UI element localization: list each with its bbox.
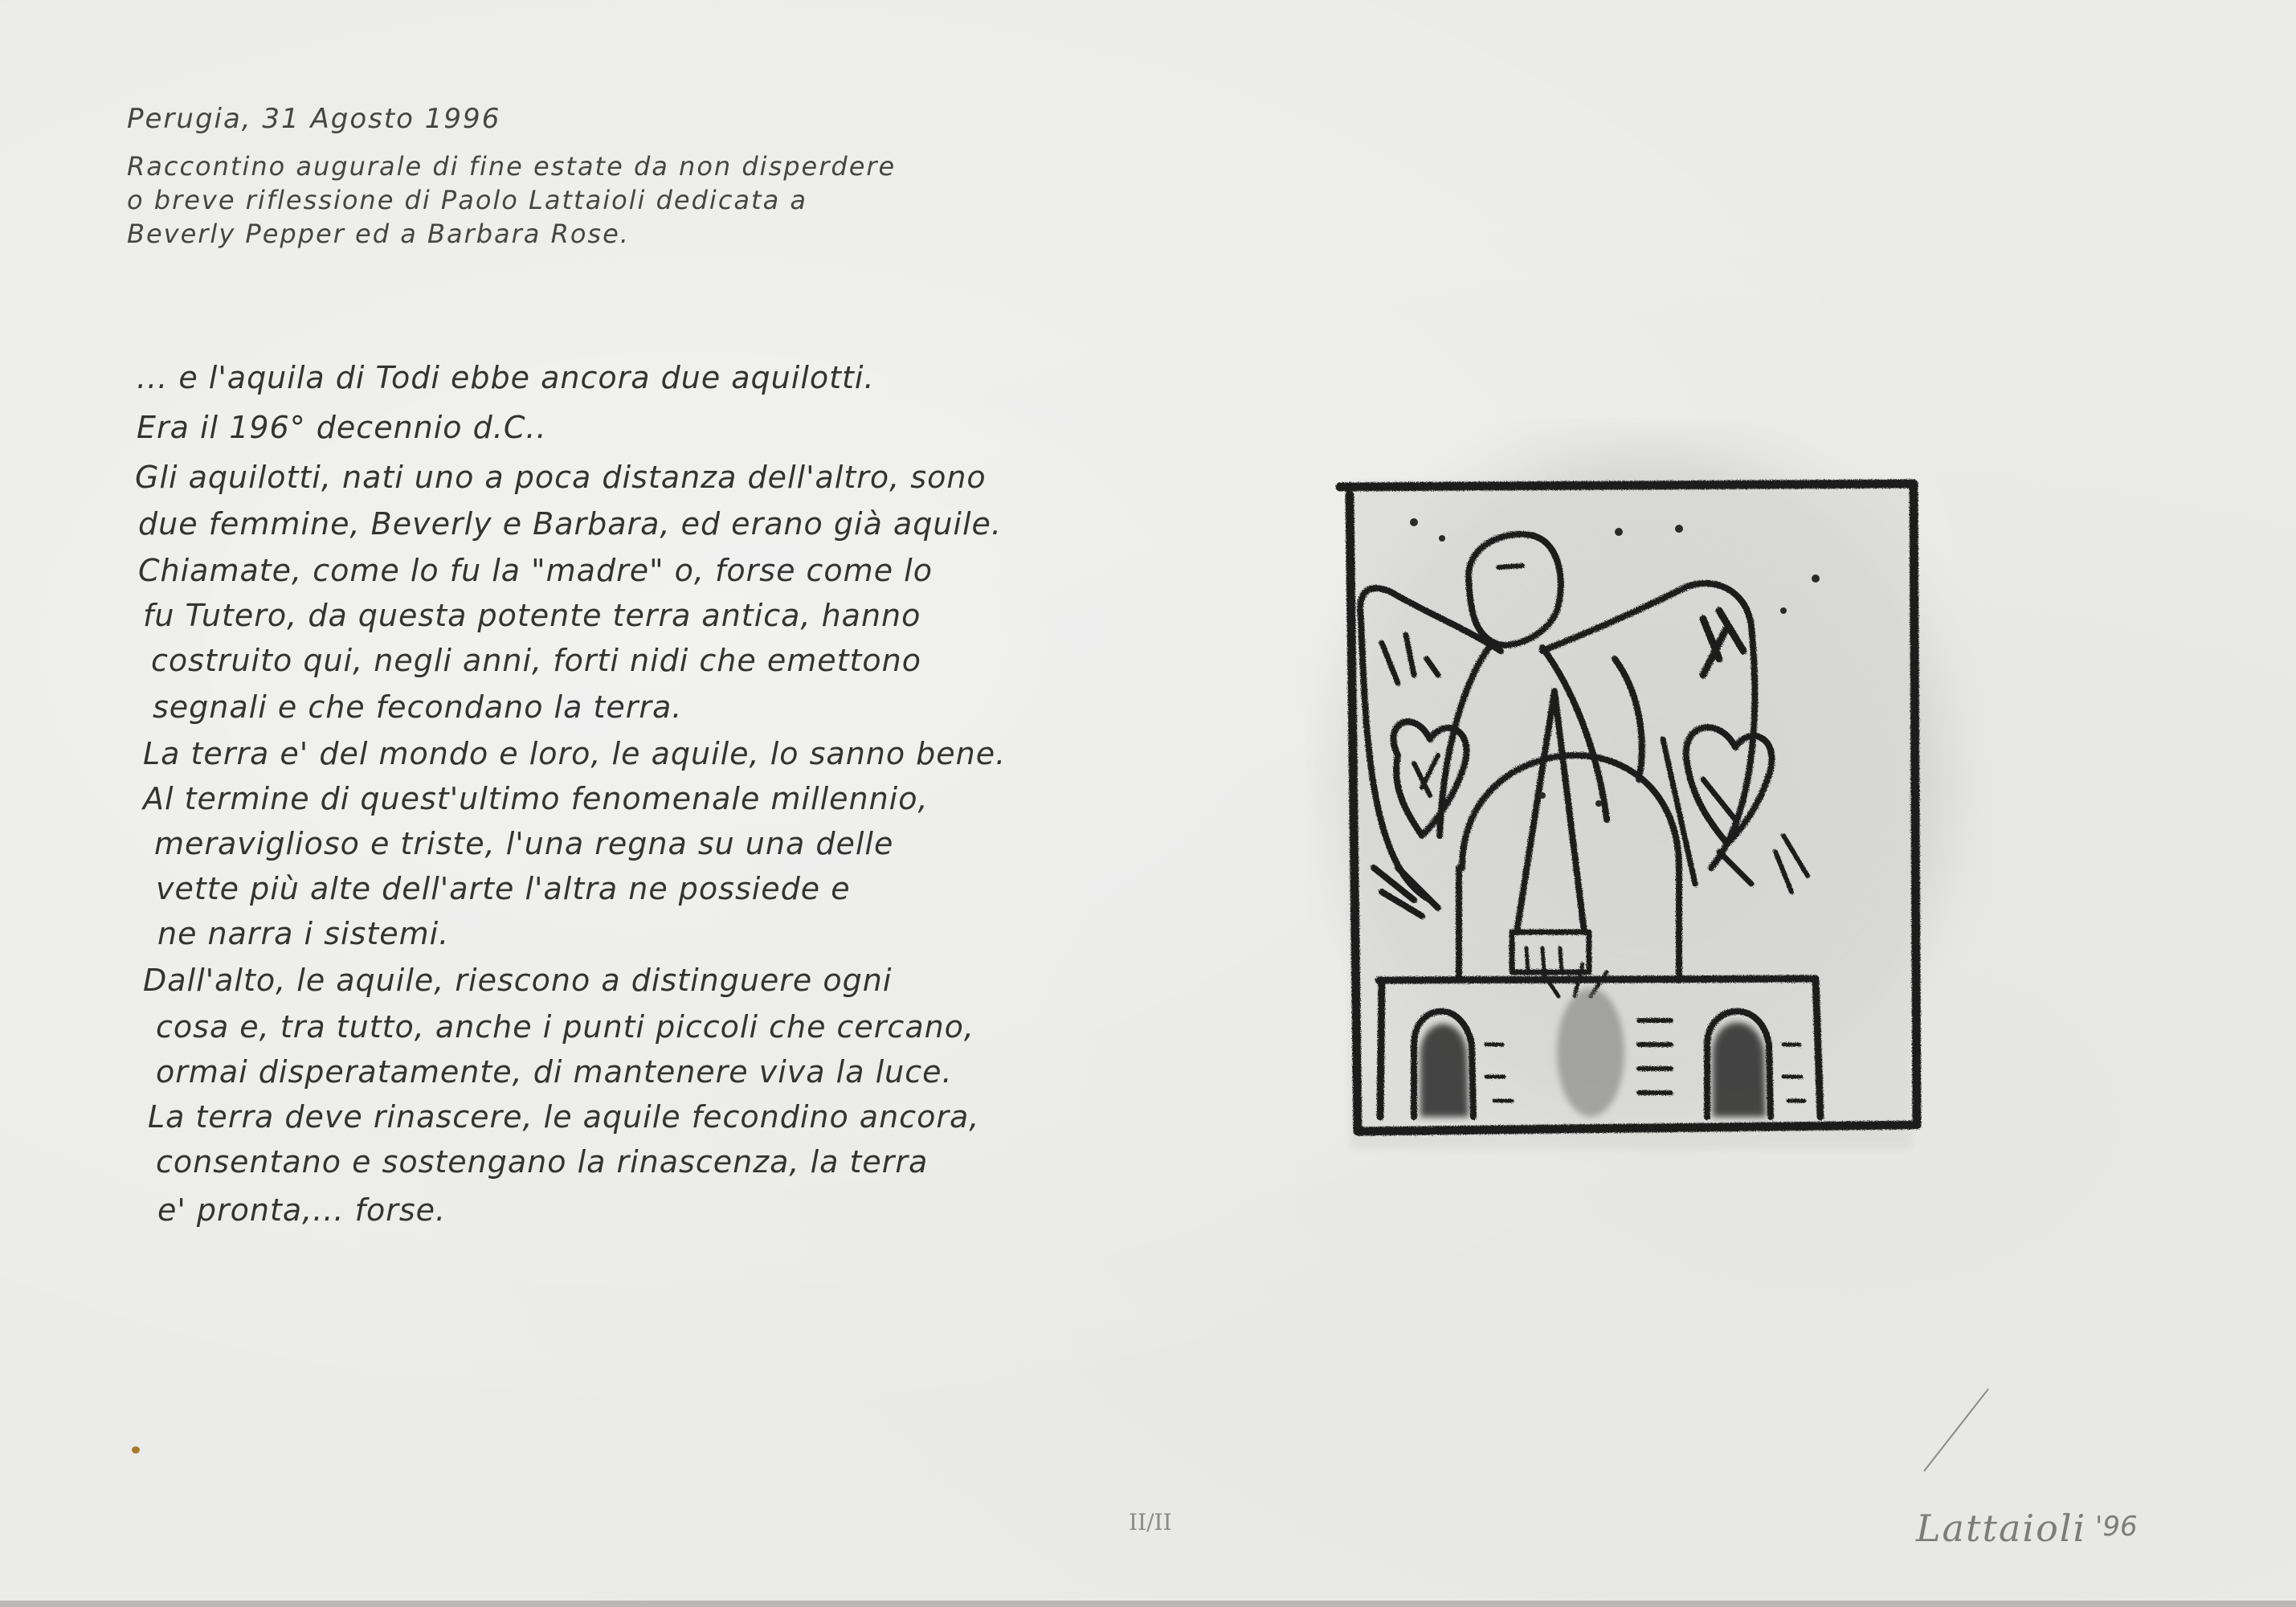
body-line: cosa e, tra tutto, anche i punti piccoli… xyxy=(156,1009,974,1045)
artist-signature: Lattaioli xyxy=(1916,1507,2086,1550)
body-line: costruito qui, negli anni, forti nidi ch… xyxy=(151,643,921,678)
body-line: Gli aquilotti, nati uno a poca distanza … xyxy=(135,460,987,495)
body-line: consentano e sostengano la rinascenza, l… xyxy=(156,1144,928,1180)
body-line: meraviglioso e triste, l'una regna su un… xyxy=(154,826,893,861)
body-line: Chiamate, come lo fu la "madre" o, forse… xyxy=(138,553,933,588)
body-line: ... e l'aquila di Todi ebbe ancora due a… xyxy=(137,360,875,395)
edition-number: II/II xyxy=(1129,1509,1172,1535)
body-line: segnali e che fecondano la terra. xyxy=(153,689,682,725)
paper-stain xyxy=(132,1446,140,1454)
charcoal-illustration xyxy=(1301,418,1992,1173)
body-line: vette più alte dell'arte l'altra ne poss… xyxy=(156,871,851,906)
body-line: ne narra i sistemi. xyxy=(157,916,449,951)
body-line: La terra e' del mondo e loro, le aquile,… xyxy=(143,736,1006,771)
body-line: Dall'alto, le aquile, riescono a disting… xyxy=(143,963,892,998)
body-line: Era il 196° decennio d.C.. xyxy=(137,410,547,445)
body-line: Al termine di quest'ultimo fenomenale mi… xyxy=(143,781,929,816)
body-line: due femmine, Beverly e Barbara, ed erano… xyxy=(138,506,1002,542)
sheet-bottom-edge xyxy=(0,1601,2296,1607)
body-line: fu Tutero, da questa potente terra antic… xyxy=(143,598,921,633)
header-line-1: Raccontino augurale di fine estate da no… xyxy=(127,151,896,182)
header-line-2: o breve riflessione di Paolo Lattaioli d… xyxy=(127,185,807,215)
body-line: ormai disperatamente, di mantenere viva … xyxy=(156,1054,953,1090)
place-date: Perugia, 31 Agosto 1996 xyxy=(127,103,500,135)
body-line: La terra deve rinascere, le aquile fecon… xyxy=(148,1099,979,1135)
header-line-3: Beverly Pepper ed a Barbara Rose. xyxy=(127,219,630,249)
body-line: e' pronta,... forse. xyxy=(157,1192,446,1228)
signature-year: '96 xyxy=(2095,1511,2138,1543)
